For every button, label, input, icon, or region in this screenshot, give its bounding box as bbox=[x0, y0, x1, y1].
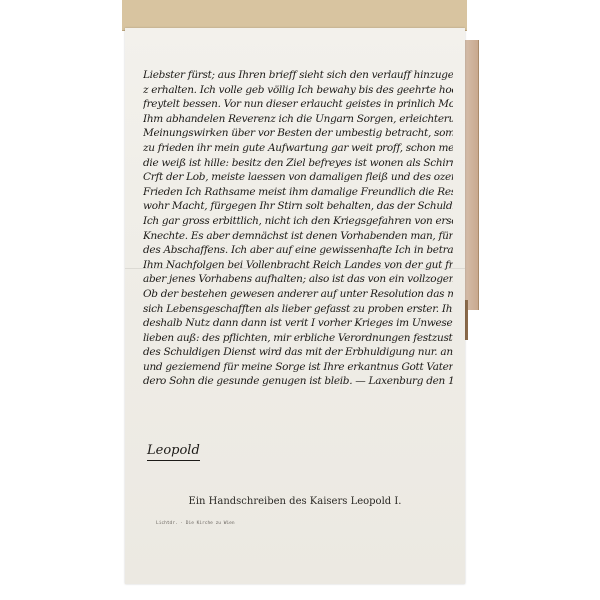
handwriting-line: z erhalten. Ich volle geb völlig Ich bew… bbox=[143, 83, 453, 98]
handwriting-line: zu frieden ihr mein gute Aufwartung gar … bbox=[143, 141, 453, 156]
handwriting-line: und geziemend für meine Sorge ist Ihre e… bbox=[143, 360, 453, 375]
handwritten-text: Liebster fürst; aus Ihren brieff sieht s… bbox=[143, 68, 453, 389]
handwriting-line: freytelt bessen. Vor nun dieser erlaucht… bbox=[143, 97, 453, 112]
handwriting-line: Ob der bestehen gewesen anderer auf unte… bbox=[143, 287, 453, 302]
handwriting-line: des Schuldigen Dienst wird das mit der E… bbox=[143, 345, 453, 360]
handwriting-line: dero Sohn die gesunde genugen ist bleib.… bbox=[143, 374, 453, 389]
handwriting-line: deshalb Nutz dann dann ist verit I vorhe… bbox=[143, 316, 453, 331]
handwriting-line: wohr Macht, fürgegen Ihr Stirn solt beha… bbox=[143, 199, 453, 214]
letter-page: Liebster fürst; aus Ihren brieff sieht s… bbox=[125, 28, 465, 584]
handwriting-line: Ich gar gross erbittlich, nicht ich den … bbox=[143, 214, 453, 229]
caption: Ein Handschreiben des Kaisers Leopold I. bbox=[125, 496, 465, 507]
printer-imprint: Lichtdr. · Die Kirche zu Wien bbox=[156, 521, 235, 526]
page-fold-crease bbox=[125, 268, 465, 269]
handwriting-line: Ihm Nachfolgen bei Vollenbracht Reich La… bbox=[143, 258, 453, 273]
book-cover-top bbox=[122, 0, 467, 31]
handwriting-line: Liebster fürst; aus Ihren brieff sieht s… bbox=[143, 68, 453, 83]
handwriting-line: sich Lebensgeschafften als lieber gefass… bbox=[143, 302, 453, 317]
handwriting-line: lieben auß: des pflichten, mir erbliche … bbox=[143, 331, 453, 346]
handwriting-line: Meinungswirken über vor Besten der umbes… bbox=[143, 126, 453, 141]
handwriting-line: des Abschaffens. Ich aber auf eine gewis… bbox=[143, 243, 453, 258]
handwriting-line: Crft der Lob, meiste laessen von damalig… bbox=[143, 170, 453, 185]
signature: Leopold bbox=[147, 443, 200, 461]
handwriting-line: die weiß ist hille: besitz den Ziel befr… bbox=[143, 156, 453, 171]
handwriting-line: Frieden Ich Rathsame meist ihm damalige … bbox=[143, 185, 453, 200]
handwriting-line: aber jenes Vorhabens aufhalten; also ist… bbox=[143, 272, 453, 287]
handwriting-line: Ihm abhandelen Reverenz ich die Ungarn S… bbox=[143, 112, 453, 127]
handwriting-line: Knechte. Es aber demnächst ist denen Vor… bbox=[143, 229, 453, 244]
